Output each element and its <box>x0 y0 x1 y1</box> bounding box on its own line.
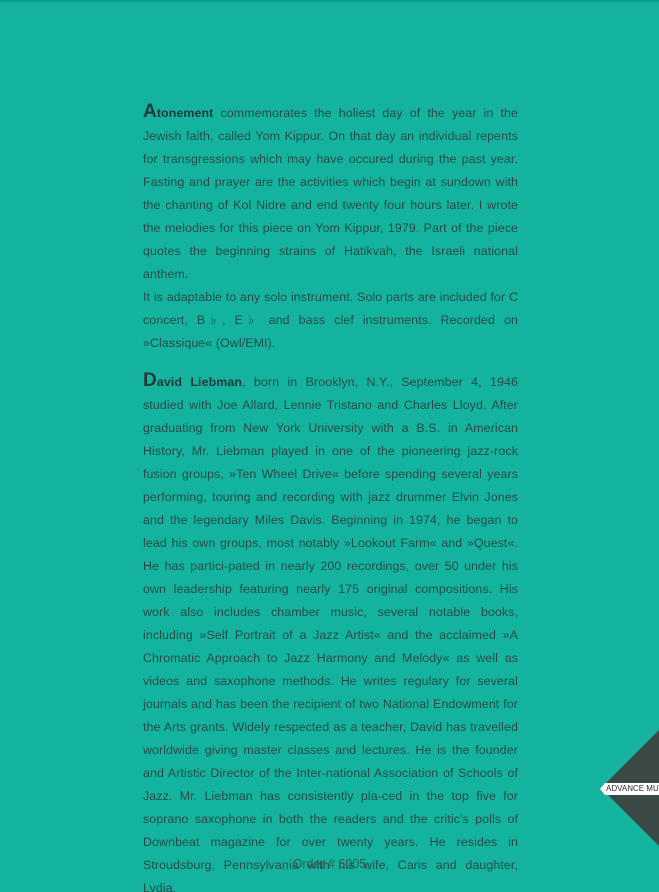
text-body: Atonement commemorates the holiest day o… <box>143 100 518 892</box>
lead-word: tonement <box>157 106 214 120</box>
drop-cap: A <box>143 101 157 122</box>
top-edge <box>0 0 659 2</box>
order-number: Order # 6005 <box>0 857 659 871</box>
paragraph-instrumentation: It is adaptable to any solo instrument. … <box>143 286 518 355</box>
paragraph-text: , born in Brooklyn, N.Y., September 4, 1… <box>143 375 518 892</box>
paragraph-atonement: Atonement commemorates the holiest day o… <box>143 100 518 286</box>
drop-cap: D <box>143 370 157 391</box>
paragraph-biography: David Liebman, born in Brooklyn, N.Y., S… <box>143 369 518 892</box>
paragraph-text: It is adaptable to any solo instrument. … <box>143 290 518 350</box>
publisher-logo-label: ADVANCE MUSIC <box>600 783 659 795</box>
lead-word: avid Liebman <box>157 375 242 389</box>
paragraph-text: commemorates the holiest day of the year… <box>143 106 518 281</box>
